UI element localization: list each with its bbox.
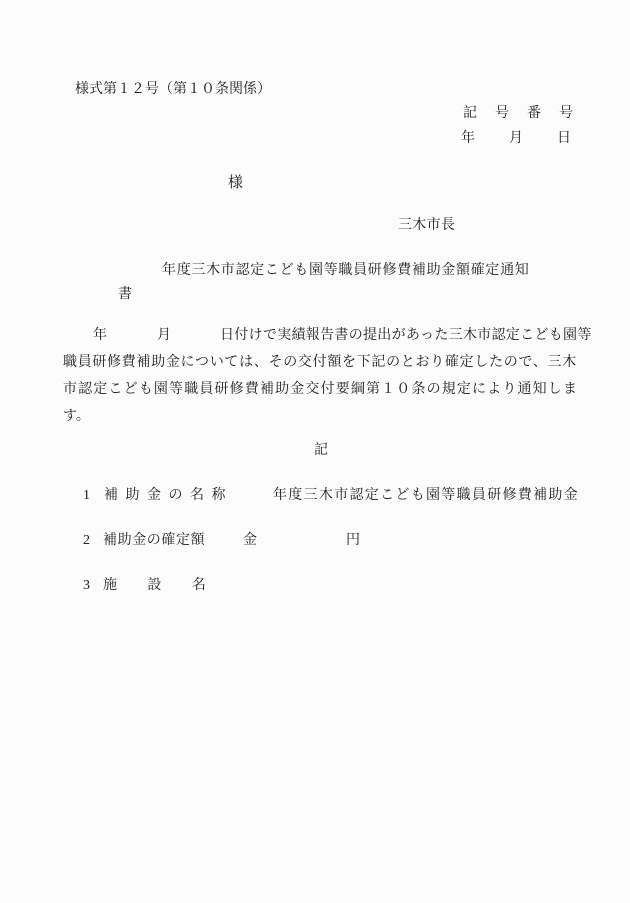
item-3-number: 3 — [83, 578, 90, 595]
sender-title: 三木市長 — [398, 218, 455, 235]
document-title-line-1: 年度三木市認定こども園等職員研修費補助金額確定通知 — [162, 263, 530, 280]
item-1-number: 1 — [83, 488, 90, 505]
item-2-amount-prefix: 金 — [243, 533, 257, 550]
item-2-number: 2 — [83, 533, 90, 550]
document-title-line-2: 書 — [118, 287, 132, 304]
body-line-1: 日付けで実績報告書の提出があった三木市認定こども園等 — [220, 328, 592, 345]
item-1-value: 年度三木市認定こども園等職員研修費補助金 — [273, 488, 579, 505]
item-1-label: 補 助 金 の 名 称 — [104, 488, 228, 505]
reference-number-line: 記 号 番 号 — [463, 106, 575, 123]
body-line-3: 市認定こども園等職員研修費補助金交付要綱第１０条の規定により通知しま — [63, 382, 578, 399]
addressee-honorific: 様 — [228, 174, 243, 192]
body-date-month-label: 月 — [157, 328, 171, 345]
document-page: 様式第１２号（第１０条関係） 記 号 番 号 年 月 日 様 三木市長 年度三木… — [0, 0, 630, 903]
body-date-year-label: 年 — [93, 328, 107, 345]
form-number: 様式第１２号（第１０条関係） — [75, 82, 271, 99]
item-2-amount-suffix: 円 — [346, 533, 360, 550]
body-line-4: す。 — [63, 409, 90, 426]
ki-heading: 記 — [0, 443, 630, 460]
item-3-label: 施 設 名 — [103, 578, 207, 595]
item-2-label: 補助金の確定額 — [103, 533, 205, 550]
date-line: 年 月 日 — [461, 131, 573, 148]
body-line-2: 職員研修費補助金については、その交付額を下記のとおり確定したので、三木 — [63, 355, 577, 372]
